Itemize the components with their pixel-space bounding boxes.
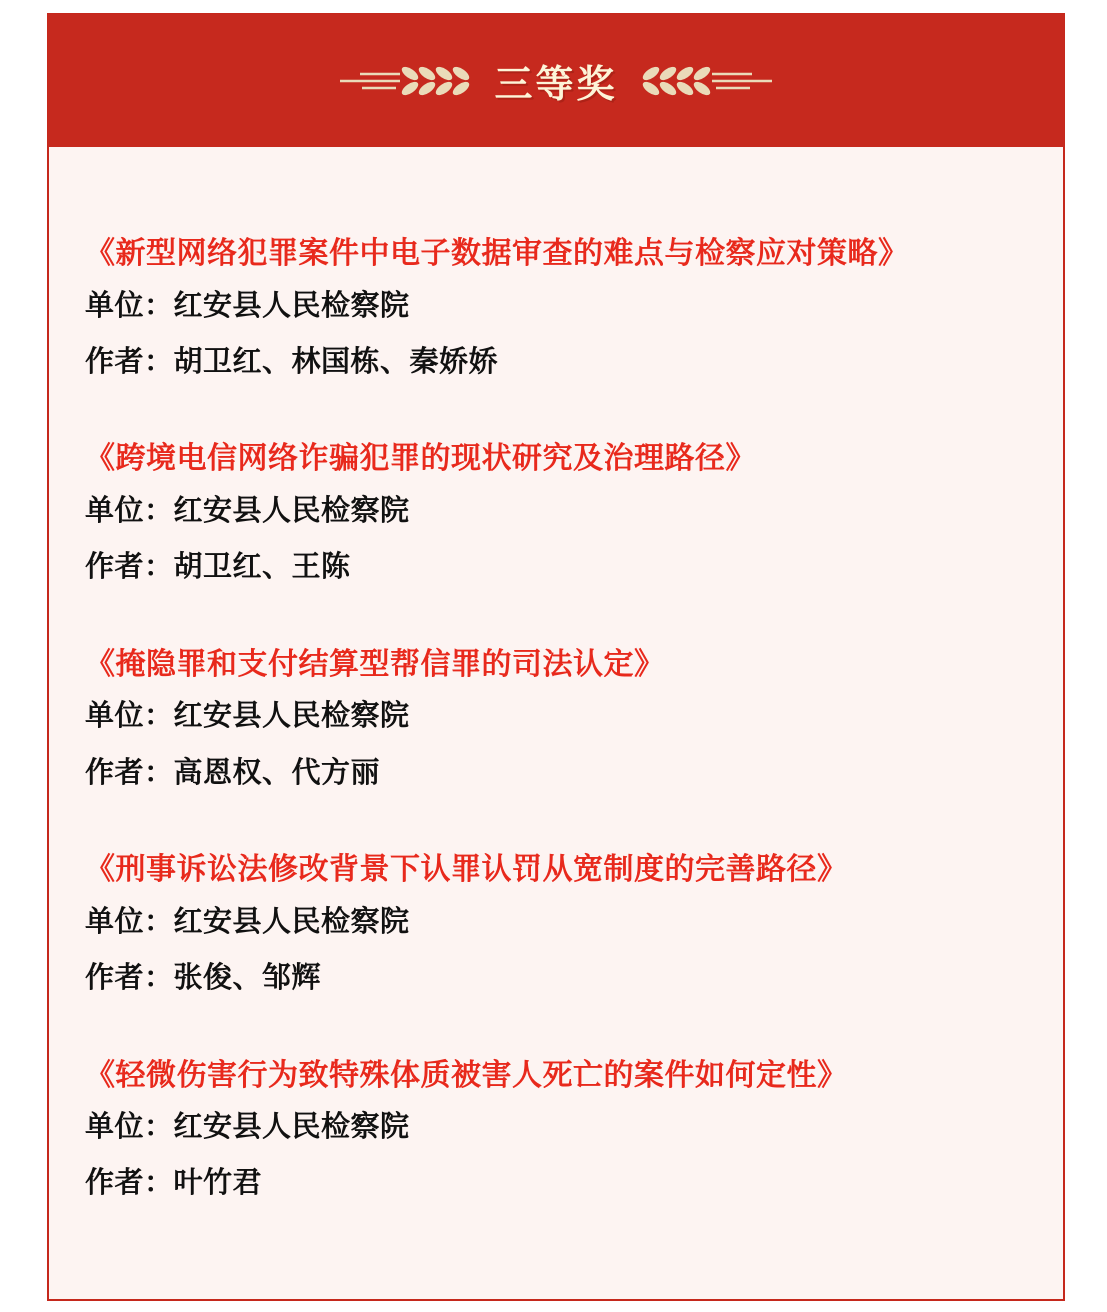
unit-line: 单位：红安县人民检察院 (85, 496, 1023, 526)
authors-line: 作者：胡卫红、林国栋、秦娇娇 (85, 347, 1023, 377)
unit-label: 单位： (85, 906, 174, 938)
authors-label: 作者： (85, 551, 174, 583)
unit-value: 红安县人民检察院 (174, 700, 410, 732)
award-page: 三等奖 《新型网络犯罪案件中电子数据审查的难点与检察应对策略》 单位：红安 (47, 13, 1065, 1301)
award-entry: 《轻微伤害行为致特殊体质被害人死亡的案件如何定性》 单位：红安县人民检察院 作者… (85, 1060, 1023, 1199)
unit-label: 单位： (85, 1111, 174, 1143)
authors-label: 作者： (85, 757, 174, 789)
banner: 三等奖 (48, 14, 1064, 147)
authors-label: 作者： (85, 1167, 174, 1199)
authors-value: 张俊、邹辉 (174, 962, 322, 994)
entry-title: 《掩隐罪和支付结算型帮信罪的司法认定》 (85, 649, 1023, 681)
authors-line: 作者：高恩权、代方丽 (85, 758, 1023, 788)
authors-line: 作者：张俊、邹辉 (85, 963, 1023, 993)
authors-line: 作者：胡卫红、王陈 (85, 552, 1023, 582)
unit-label: 单位： (85, 290, 174, 322)
unit-value: 红安县人民检察院 (174, 290, 410, 322)
unit-value: 红安县人民检察院 (174, 495, 410, 527)
unit-line: 单位：红安县人民检察院 (85, 1112, 1023, 1142)
unit-line: 单位：红安县人民检察院 (85, 907, 1023, 937)
banner-title: 三等奖 (494, 53, 617, 108)
authors-value: 叶竹君 (174, 1167, 263, 1199)
unit-label: 单位： (85, 495, 174, 527)
entry-title: 《轻微伤害行为致特殊体质被害人死亡的案件如何定性》 (85, 1060, 1023, 1092)
authors-line: 作者：叶竹君 (85, 1168, 1023, 1198)
unit-value: 红安县人民检察院 (174, 1111, 410, 1143)
authors-value: 胡卫红、林国栋、秦娇娇 (174, 346, 499, 378)
unit-line: 单位：红安县人民检察院 (85, 701, 1023, 731)
authors-label: 作者： (85, 346, 174, 378)
unit-label: 单位： (85, 700, 174, 732)
award-entry: 《刑事诉讼法修改背景下认罪认罚从宽制度的完善路径》 单位：红安县人民检察院 作者… (85, 854, 1023, 993)
unit-line: 单位：红安县人民检察院 (85, 291, 1023, 321)
award-entry: 《新型网络犯罪案件中电子数据审查的难点与检察应对策略》 单位：红安县人民检察院 … (85, 238, 1023, 377)
authors-value: 高恩权、代方丽 (174, 757, 381, 789)
award-entry: 《跨境电信网络诈骗犯罪的现状研究及治理路径》 单位：红安县人民检察院 作者：胡卫… (85, 443, 1023, 582)
authors-value: 胡卫红、王陈 (174, 551, 351, 583)
wheat-spike-right-icon (640, 57, 774, 105)
entry-title: 《新型网络犯罪案件中电子数据审查的难点与检察应对策略》 (85, 238, 1023, 270)
authors-label: 作者： (85, 962, 174, 994)
wheat-spike-left-icon (338, 57, 472, 105)
award-list: 《新型网络犯罪案件中电子数据审查的难点与检察应对策略》 单位：红安县人民检察院 … (49, 147, 1063, 1299)
award-entry: 《掩隐罪和支付结算型帮信罪的司法认定》 单位：红安县人民检察院 作者：高恩权、代… (85, 649, 1023, 788)
unit-value: 红安县人民检察院 (174, 906, 410, 938)
entry-title: 《刑事诉讼法修改背景下认罪认罚从宽制度的完善路径》 (85, 854, 1023, 886)
entry-title: 《跨境电信网络诈骗犯罪的现状研究及治理路径》 (85, 443, 1023, 475)
